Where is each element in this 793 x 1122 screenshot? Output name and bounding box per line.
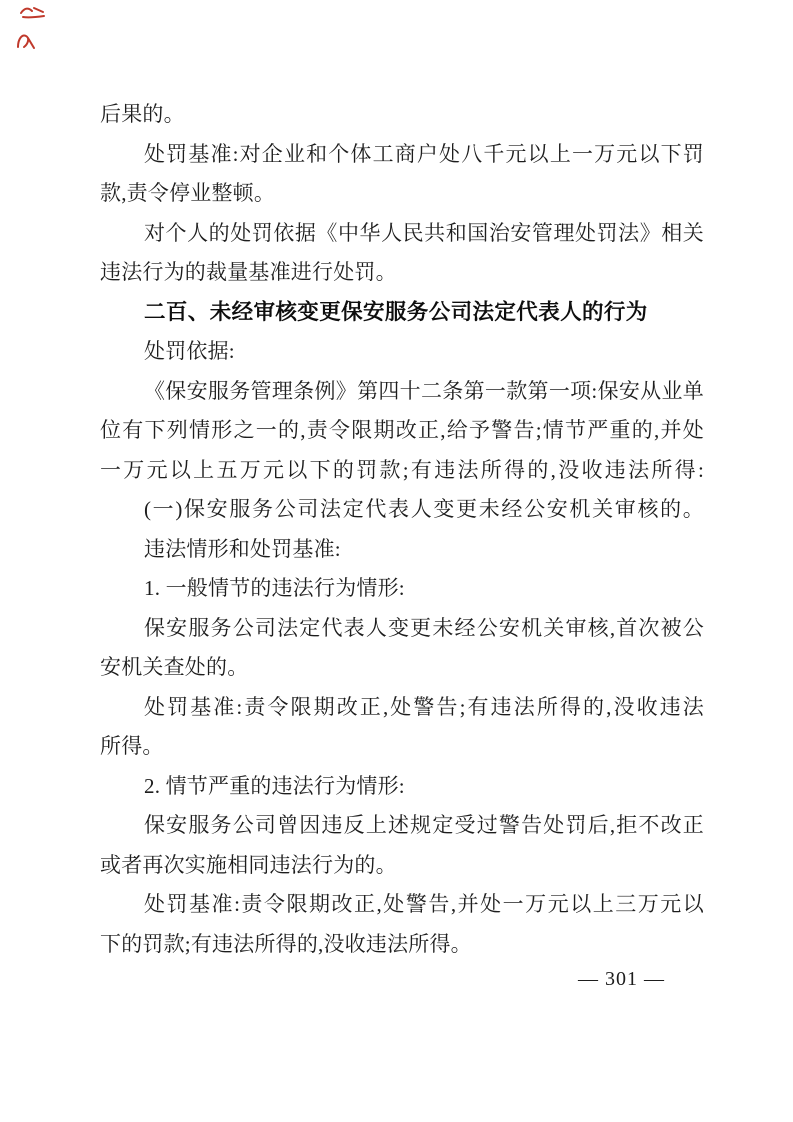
red-ink-mark-icon bbox=[19, 4, 47, 21]
text-line: 违法行为的裁量基准进行处罚。 bbox=[100, 253, 704, 293]
red-ink-mark-icon bbox=[14, 31, 38, 52]
text-line: 2. 情节严重的违法行为情形: bbox=[100, 767, 704, 807]
document-page: 后果的。 处罚基准:对企业和个体工商户处八千元以上一万元以下罚 款,责令停业整顿… bbox=[0, 0, 793, 1122]
section-heading: 二百、未经审核变更保安服务公司法定代表人的行为 bbox=[100, 293, 704, 333]
text-line: 处罚依据: bbox=[100, 332, 704, 372]
text-line: 所得。 bbox=[100, 727, 704, 767]
text-line: 1. 一般情节的违法行为情形: bbox=[100, 569, 704, 609]
text-line: 处罚基准:对企业和个体工商户处八千元以上一万元以下罚 bbox=[100, 135, 704, 175]
text-line: 处罚基准:责令限期改正,处警告,并处一万元以上三万元以 bbox=[100, 885, 704, 925]
text-line: 保安服务公司曾因违反上述规定受过警告处罚后,拒不改正 bbox=[100, 806, 704, 846]
text-line: 《保安服务管理条例》第四十二条第一款第一项:保安从业单 bbox=[100, 372, 704, 412]
text-line: 一万元以上五万元以下的罚款;有违法所得的,没收违法所得: bbox=[100, 451, 704, 491]
text-line: 或者再次实施相同违法行为的。 bbox=[100, 846, 704, 886]
page-body: 后果的。 处罚基准:对企业和个体工商户处八千元以上一万元以下罚 款,责令停业整顿… bbox=[100, 95, 704, 964]
text-line: 对个人的处罚依据《中华人民共和国治安管理处罚法》相关 bbox=[100, 214, 704, 254]
text-line: 下的罚款;有违法所得的,没收违法所得。 bbox=[100, 925, 704, 965]
text-line: (一)保安服务公司法定代表人变更未经公安机关审核的。 bbox=[100, 490, 704, 530]
page-number: — 301 — bbox=[578, 968, 668, 991]
text-line: 后果的。 bbox=[100, 95, 704, 135]
text-line: 违法情形和处罚基准: bbox=[100, 530, 704, 570]
text-line: 位有下列情形之一的,责令限期改正,给予警告;情节严重的,并处 bbox=[100, 411, 704, 451]
text-line: 处罚基准:责令限期改正,处警告;有违法所得的,没收违法 bbox=[100, 688, 704, 728]
text-line: 款,责令停业整顿。 bbox=[100, 174, 704, 214]
text-line: 保安服务公司法定代表人变更未经公安机关审核,首次被公 bbox=[100, 609, 704, 649]
text-line: 安机关查处的。 bbox=[100, 648, 704, 688]
